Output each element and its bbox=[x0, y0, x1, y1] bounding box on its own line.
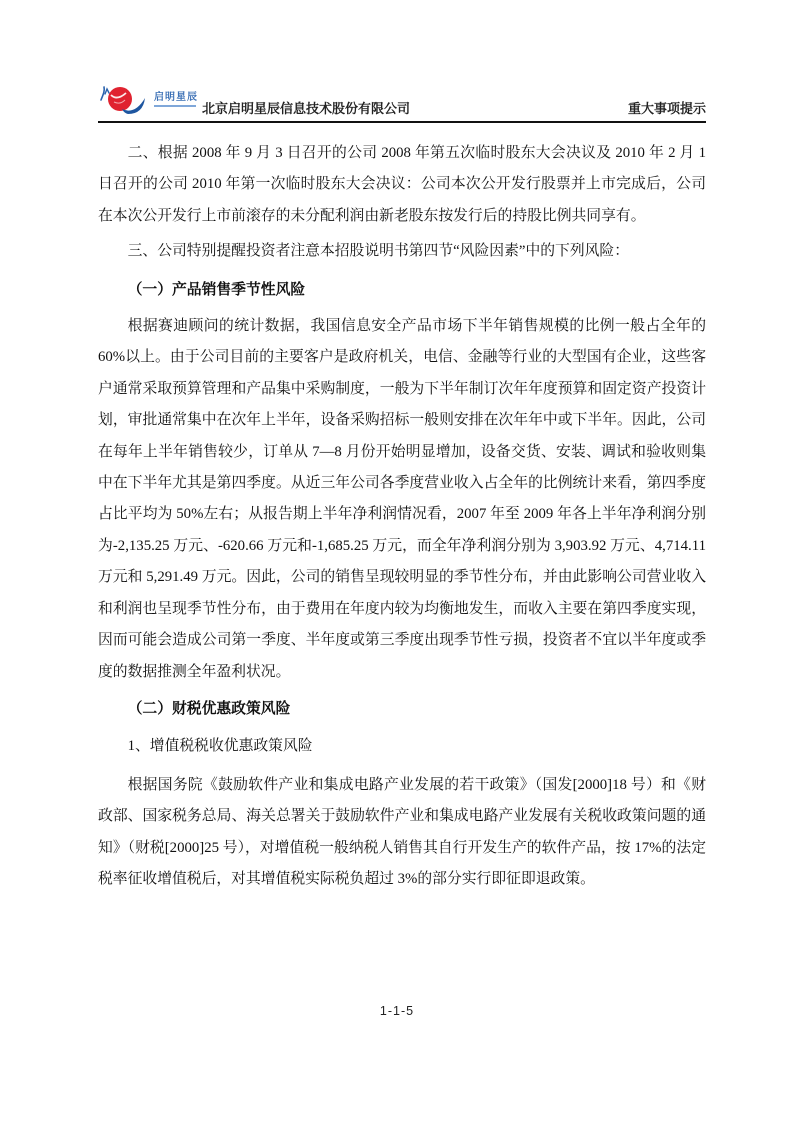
page-header: 启明星辰 北京启明星辰信息技术股份有限公司 重大事项提示 bbox=[98, 84, 706, 123]
heading-seasonal-risk: （一）产品销售季节性风险 bbox=[98, 275, 706, 306]
header-left: 启明星辰 北京启明星辰信息技术股份有限公司 bbox=[98, 84, 410, 116]
para-vat-policy: 根据国务院《鼓励软件产业和集成电路产业发展的若干政策》（国发[2000]18 号… bbox=[98, 770, 706, 896]
para-seasonal-risk: 根据赛迪顾问的统计数据，我国信息安全产品市场下半年销售规模的比例一般占全年的 6… bbox=[98, 311, 706, 688]
document-page: 启明星辰 北京启明星辰信息技术股份有限公司 重大事项提示 二、根据 2008 年… bbox=[0, 0, 794, 1122]
para-shareholder-resolution: 二、根据 2008 年 9 月 3 日召开的公司 2008 年第五次临时股东大会… bbox=[98, 138, 706, 232]
subheading-vat-risk: 1、增值税税收优惠政策风险 bbox=[98, 731, 706, 762]
heading-tax-policy-risk: （二）财税优惠政策风险 bbox=[98, 694, 706, 725]
brand-block: 启明星辰 bbox=[154, 93, 198, 107]
brand-underline bbox=[154, 105, 196, 107]
doc-section-label: 重大事项提示 bbox=[628, 101, 706, 116]
para-risk-notice: 三、公司特别提醒投资者注意本招股说明书第四节“风险因素”中的下列风险： bbox=[98, 236, 706, 267]
venustech-logo-icon bbox=[98, 84, 146, 116]
company-name: 北京启明星辰信息技术股份有限公司 bbox=[202, 101, 410, 116]
document-content: 二、根据 2008 年 9 月 3 日召开的公司 2008 年第五次临时股东大会… bbox=[98, 138, 706, 895]
brand-text: 启明星辰 bbox=[154, 93, 198, 103]
page-number: 1-1-5 bbox=[0, 1004, 794, 1018]
